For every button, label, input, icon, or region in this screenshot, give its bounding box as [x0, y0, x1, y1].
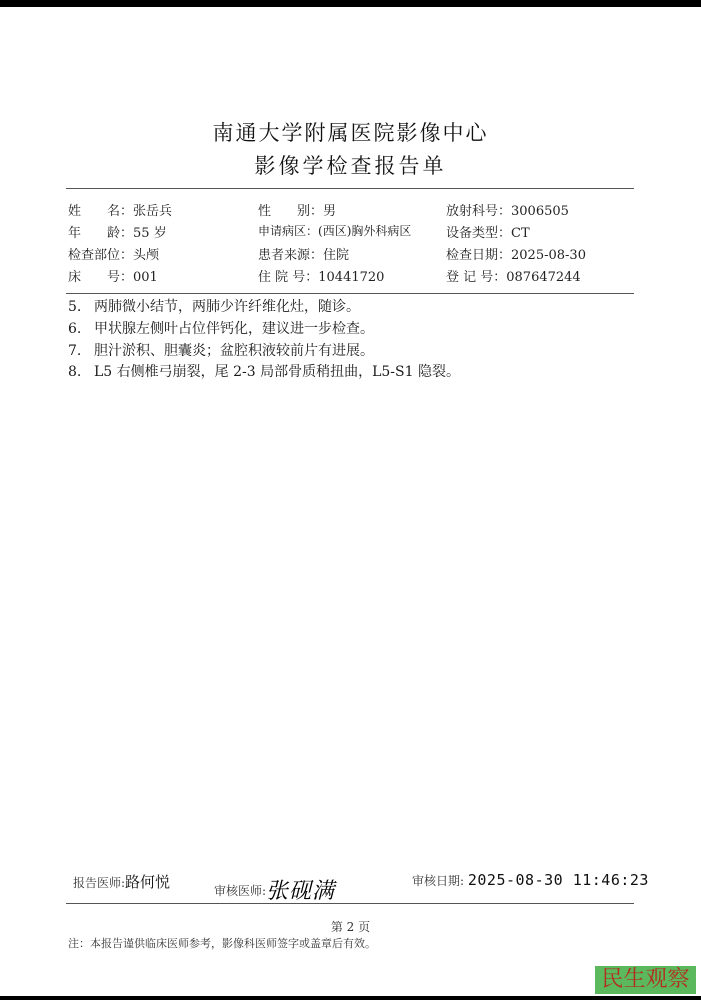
inpatient-no-value: 10441720: [318, 270, 384, 285]
finding-item: 7.胆汁淤积、胆囊炎；盆腔积液较前片有进展。: [68, 340, 374, 360]
registration-no-field: 登 记 号：087647244: [446, 266, 581, 285]
watermark-badge: 民生观察: [595, 966, 696, 994]
inpatient-no-field: 住 院 号：10441720: [258, 266, 384, 285]
finding-text: 两肺微小结节，两肺少许纤维化灶，随诊。: [94, 299, 360, 315]
finding-number: 7.: [68, 343, 94, 359]
top-black-border: [0, 0, 701, 7]
device-type-value: CT: [511, 226, 530, 241]
divider-top: [66, 188, 634, 189]
patient-name-label: 姓 名：: [68, 200, 133, 219]
patient-age-label: 年 龄：: [68, 222, 133, 241]
ward-field: 申请病区：(西区)胸外科病区: [258, 222, 411, 239]
divider-info: [66, 293, 634, 294]
patient-sex-field: 性 别：男: [258, 200, 336, 219]
radiology-no-label: 放射科号：: [446, 200, 511, 219]
patient-name-field: 姓 名：张岳兵: [68, 200, 172, 219]
registration-no-label: 登 记 号：: [446, 266, 506, 285]
patient-source-value: 住院: [323, 248, 349, 263]
patient-source-label: 患者来源：: [258, 244, 323, 263]
bed-no-value: 001: [133, 270, 158, 285]
device-type-label: 设备类型：: [446, 222, 511, 241]
radiology-no-field: 放射科号：3006505: [446, 200, 569, 219]
bed-no-field: 床 号：001: [68, 266, 158, 285]
inpatient-no-label: 住 院 号：: [258, 266, 318, 285]
reviewing-doctor-signature: 张砚满: [266, 879, 335, 904]
finding-item: 5.两肺微小结节，两肺少许纤维化灶，随诊。: [68, 296, 360, 316]
registration-no-value: 087647244: [506, 270, 580, 285]
exam-date-field: 检查日期：2025-08-30: [446, 244, 586, 263]
hospital-title: 南通大学附属医院影像中心: [0, 117, 701, 147]
report-title: 影像学检查报告单: [0, 150, 701, 180]
reporting-doctor-label: 报告医师:: [73, 876, 125, 890]
review-date: 审核日期: 2025-08-30 11:46:23: [412, 871, 649, 889]
patient-sex-label: 性 别：: [258, 200, 323, 219]
finding-number: 6.: [68, 321, 94, 337]
page-number: 第 2 页: [0, 918, 701, 935]
device-type-field: 设备类型：CT: [446, 222, 530, 241]
finding-number: 8.: [68, 364, 94, 380]
reviewing-doctor: 审核医师:张砚满: [214, 871, 335, 902]
finding-text: 胆汁淤积、胆囊炎；盆腔积液较前片有进展。: [94, 343, 374, 359]
patient-name-value: 张岳兵: [133, 204, 172, 219]
patient-age-value: 55 岁: [133, 226, 167, 241]
radiology-no-value: 3006505: [511, 204, 569, 219]
finding-number: 5.: [68, 299, 94, 315]
finding-item: 6.甲状腺左侧叶占位伴钙化，建议进一步检查。: [68, 318, 374, 338]
finding-text: 甲状腺左侧叶占位伴钙化，建议进一步检查。: [94, 321, 374, 337]
reporting-doctor-name: 路何悦: [125, 873, 170, 891]
exam-date-value: 2025-08-30: [511, 248, 586, 263]
patient-source-field: 患者来源：住院: [258, 244, 349, 263]
reviewing-doctor-label: 审核医师:: [214, 884, 266, 898]
ward-value: (西区)胸外科病区: [318, 224, 411, 238]
patient-sex-value: 男: [323, 204, 336, 219]
finding-text: L5 右侧椎弓崩裂，尾 2-3 局部骨质稍扭曲，L5-S1 隐裂。: [94, 364, 460, 380]
bottom-black-border: [0, 996, 701, 1000]
exam-site-label: 检查部位：: [68, 244, 133, 263]
exam-date-label: 检查日期：: [446, 244, 511, 263]
review-date-label: 审核日期:: [412, 874, 464, 888]
exam-site-value: 头颅: [133, 248, 159, 263]
patient-age-field: 年 龄：55 岁: [68, 222, 167, 241]
exam-site-field: 检查部位：头颅: [68, 244, 159, 263]
footer-note: 注：本报告谨供临床医师参考，影像科医师签字或盖章后有效。: [68, 935, 376, 951]
bed-no-label: 床 号：: [68, 266, 133, 285]
ward-label: 申请病区：: [258, 222, 318, 239]
finding-item: 8.L5 右侧椎弓崩裂，尾 2-3 局部骨质稍扭曲，L5-S1 隐裂。: [68, 361, 460, 381]
review-date-value: 2025-08-30 11:46:23: [468, 871, 649, 889]
divider-bottom: [66, 903, 634, 904]
reporting-doctor: 报告医师:路何悦: [73, 871, 170, 892]
